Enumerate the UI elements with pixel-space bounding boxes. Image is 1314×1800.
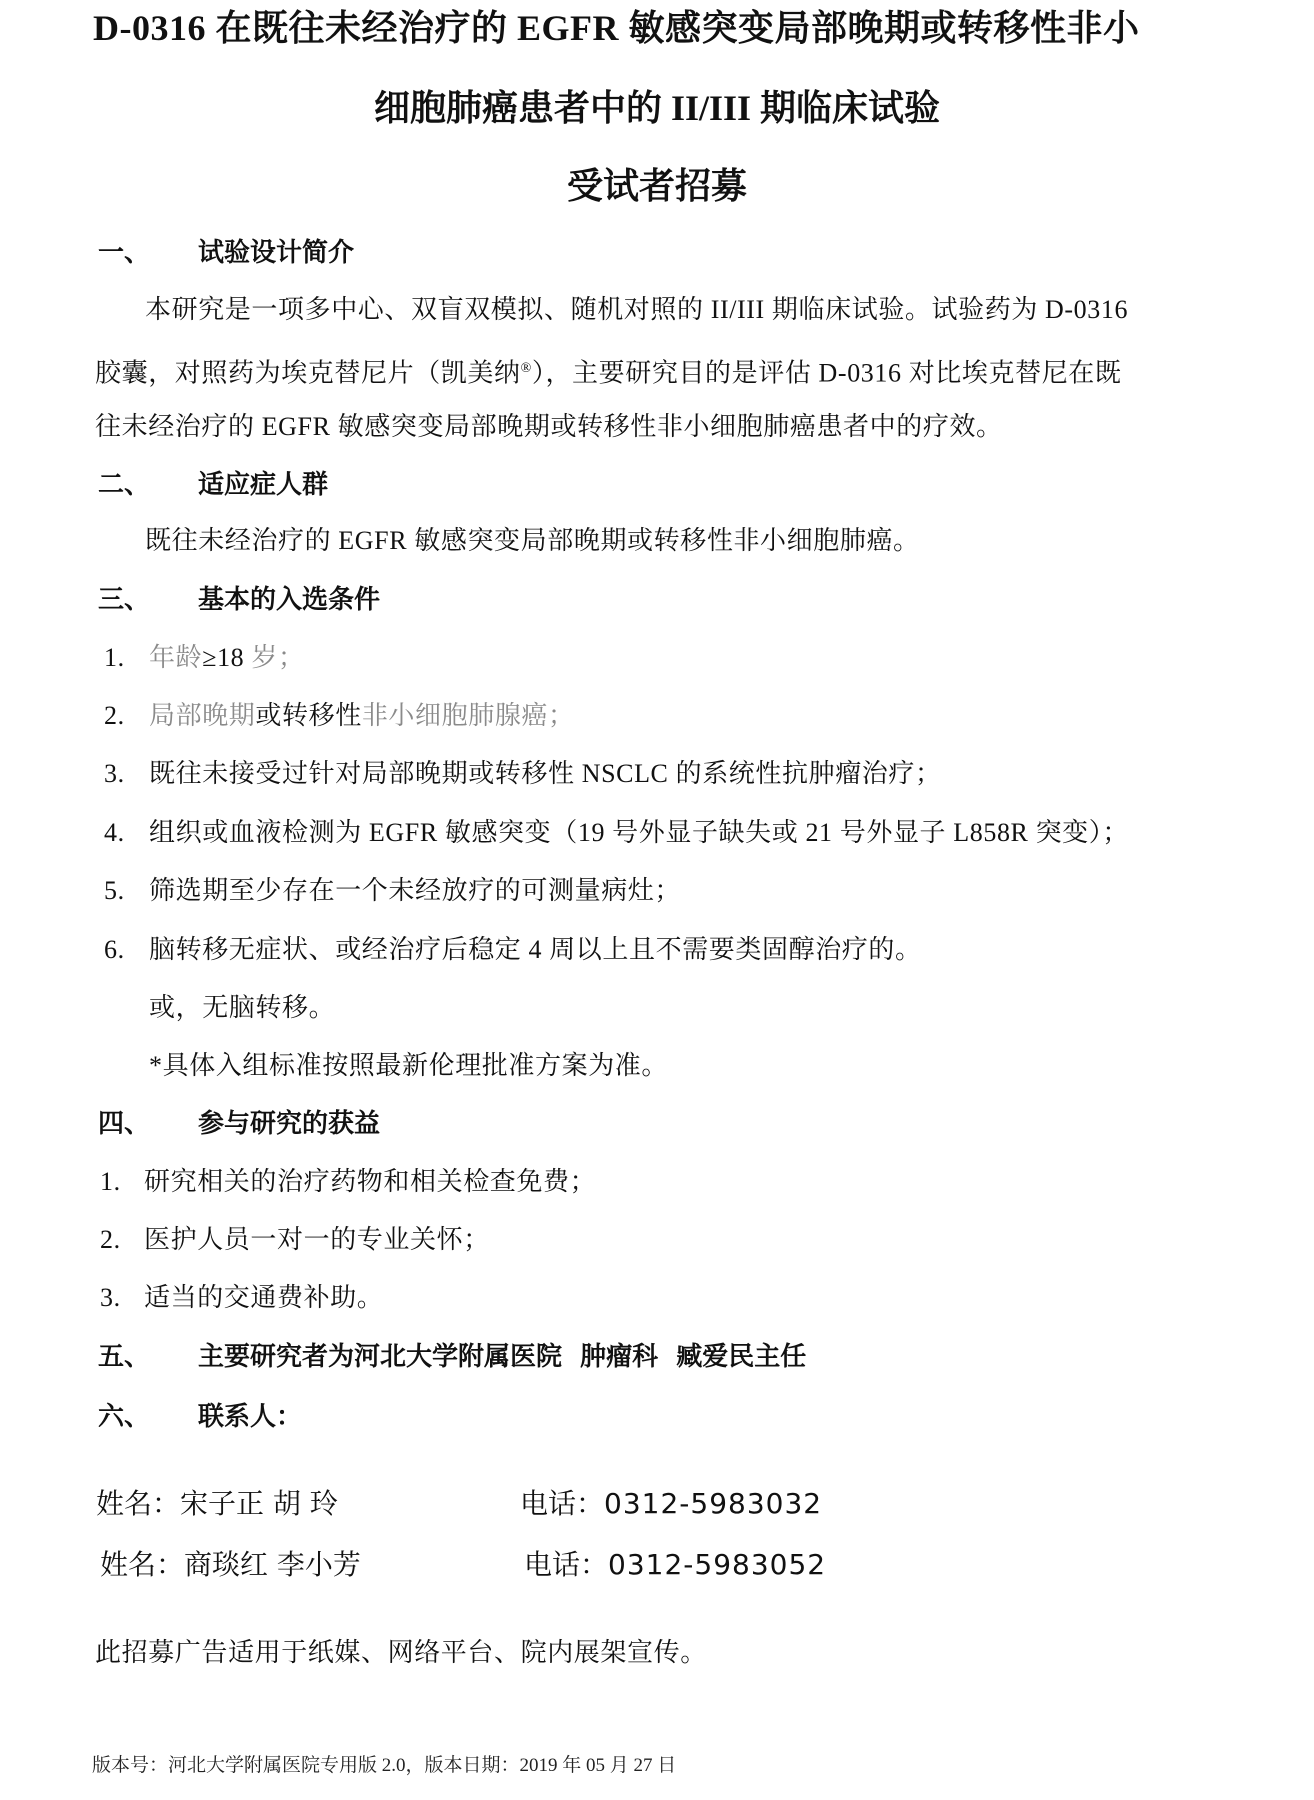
item-number: 3. [104,757,149,791]
criteria-item: 4.组织或血液检测为 EGFR 敏感突变（19 号外显子缺失或 21 号外显子 … [104,816,1129,850]
registered-mark: ® [521,361,532,376]
section-number: 五、 [98,1340,198,1374]
item-text: 或转移性 [255,701,361,730]
item-number: 2. [104,699,149,733]
document-title-line-2: 细胞肺癌患者中的 II/III 期临床试验 [0,86,1314,130]
item-text: 脑转移无症状、或经治疗后稳定 4 周以上且不需要类固醇治疗的。 [149,935,922,964]
item-number: 1. [100,1165,144,1199]
item-text: 组织或血液检测为 EGFR 敏感突变（19 号外显子缺失或 21 号外显子 L8… [149,818,1129,847]
item-text: 筛选期至少存在一个未经放疗的可测量病灶； [149,876,681,905]
benefit-item: 2.医护人员一对一的专业关怀； [100,1223,490,1257]
phone-number: 0312-5983032 [604,1487,822,1520]
item-number: 5. [104,874,149,908]
section-2-heading: 二、适应症人群 [98,468,328,502]
item-number: 3. [100,1281,144,1315]
criteria-note: *具体入组标准按照最新伦理批准方案为准。 [149,1049,668,1083]
item-text: 研究相关的治疗药物和相关检查免费； [144,1167,596,1196]
benefit-item: 1.研究相关的治疗药物和相关检查免费； [100,1165,596,1199]
document-title-line-3: 受试者招募 [0,164,1314,208]
section-4-heading: 四、参与研究的获益 [98,1107,380,1141]
item-number: 1. [104,641,149,675]
section-title: 试验设计简介 [198,238,354,268]
item-text-grey: 局部晚期 [149,701,255,730]
section-title: 适应症人群 [198,470,328,500]
item-text: 医护人员一对一的专业关怀； [144,1225,490,1254]
section-1-heading: 一、试验设计简介 [98,236,354,270]
criteria-item: 2.局部晚期或转移性非小细胞肺腺癌； [104,699,575,733]
paragraph-line: 往未经治疗的 EGFR 敏感突变局部晚期或转移性非小细胞肺癌患者中的疗效。 [95,410,1003,444]
section-number: 二、 [98,468,198,502]
contact-row-2-phone: 电话：0312-5983052 [524,1547,826,1583]
criteria-item: 5.筛选期至少存在一个未经放疗的可测量病灶； [104,874,681,908]
criteria-item: 1.年龄≥18 岁； [104,641,305,675]
usage-notice: 此招募广告适用于纸媒、网络平台、院内展架宣传。 [95,1636,707,1670]
item-number: 4. [104,816,149,850]
section-5-heading: 五、主要研究者为河北大学附属医院 肿瘤科 臧爱民主任 [98,1340,806,1374]
section-title: 参与研究的获益 [198,1109,380,1139]
contact-names: 商琰红 李小芳 [184,1548,361,1581]
criteria-continuation: 或，无脑转移。 [149,991,335,1025]
item-number: 2. [100,1223,144,1257]
item-text-grey: 非小细胞肺腺癌； [362,701,575,730]
item-text-grey: 年龄 [149,643,202,672]
section-6-heading: 六、联系人： [98,1400,302,1434]
paragraph-text: ），主要研究目的是评估 D-0316 对比埃克替尼在既 [532,359,1122,388]
item-text-grey: 岁； [244,643,304,672]
paragraph-line: 既往未经治疗的 EGFR 敏感突变局部晚期或转移性非小细胞肺癌。 [145,524,920,558]
name-label: 姓名： [96,1487,180,1520]
phone-label: 电话： [524,1548,608,1581]
contact-row-1-name: 姓名：宋子正 胡 玲 [96,1486,338,1522]
phone-number: 0312-5983052 [608,1548,826,1581]
benefit-item: 3.适当的交通费补助。 [100,1281,383,1315]
criteria-item: 6.脑转移无症状、或经治疗后稳定 4 周以上且不需要类固醇治疗的。 [104,933,922,967]
section-number: 一、 [98,236,198,270]
document-title-line-1: D-0316 在既往未经治疗的 EGFR 敏感突变局部晚期或转移性非小 [93,6,1140,50]
paragraph-line: 胶囊，对照药为埃克替尼片（凯美纳®），主要研究目的是评估 D-0316 对比埃克… [95,352,1122,391]
paragraph-line: 本研究是一项多中心、双盲双模拟、随机对照的 II/III 期临床试验。试验药为 … [145,293,1128,327]
item-number: 6. [104,933,149,967]
section-title: 基本的入选条件 [198,585,380,615]
item-text: 既往未接受过针对局部晚期或转移性 NSCLC 的系统性抗肿瘤治疗； [149,759,942,788]
item-text: ≥18 [202,643,244,672]
section-number: 六、 [98,1400,198,1434]
section-number: 四、 [98,1107,198,1141]
section-3-heading: 三、基本的入选条件 [98,583,380,617]
section-title: 主要研究者为河北大学附属医院 肿瘤科 臧爱民主任 [198,1342,806,1372]
contact-row-1-phone: 电话：0312-5983032 [520,1486,822,1522]
name-label: 姓名： [100,1548,184,1581]
criteria-item: 3.既往未接受过针对局部晚期或转移性 NSCLC 的系统性抗肿瘤治疗； [104,757,942,791]
section-title: 联系人： [198,1402,302,1432]
contact-row-2-name: 姓名：商琰红 李小芳 [100,1547,361,1583]
contact-names: 宋子正 胡 玲 [180,1487,338,1520]
item-text: 适当的交通费补助。 [144,1283,383,1312]
version-footer: 版本号：河北大学附属医院专用版 2.0，版本日期：2019 年 05 月 27 … [92,1754,676,1778]
section-number: 三、 [98,583,198,617]
phone-label: 电话： [520,1487,604,1520]
paragraph-text: 胶囊，对照药为埃克替尼片（凯美纳 [95,359,521,388]
